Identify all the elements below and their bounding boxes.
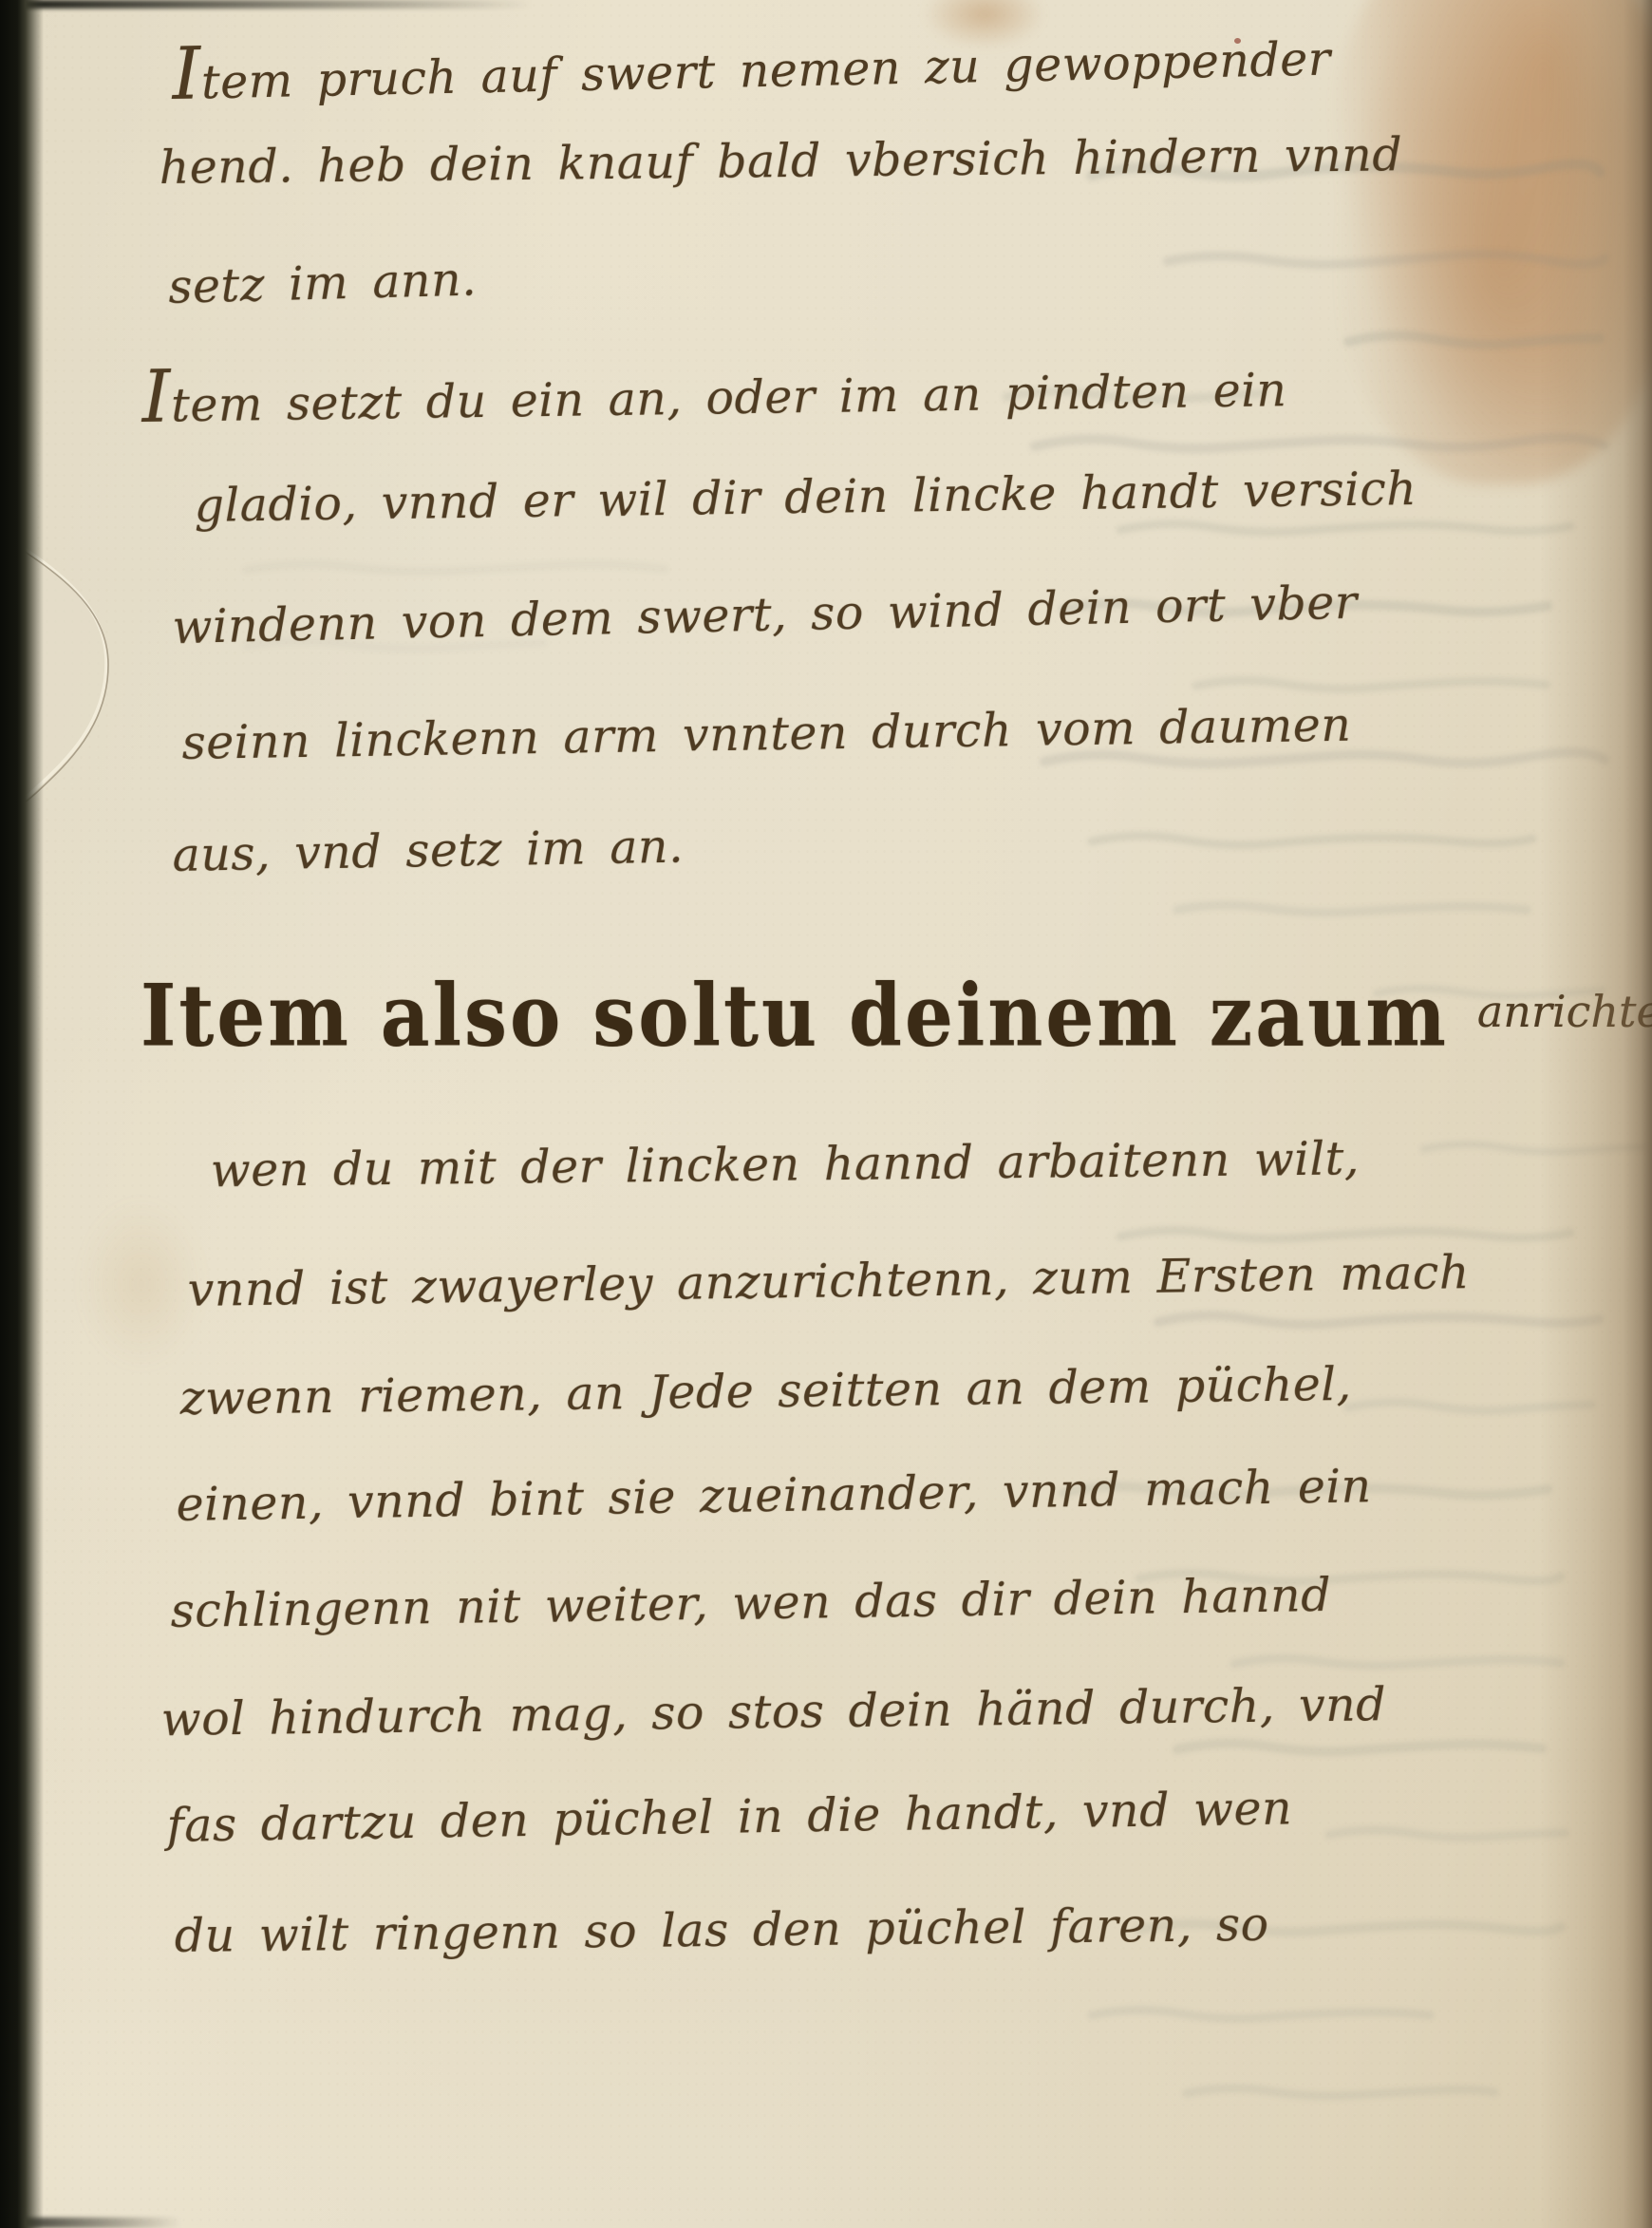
page-edge-shadow-right <box>1540 0 1652 2228</box>
manuscript-line: du wilt ringenn so las den püchel faren,… <box>174 1901 1268 1959</box>
manuscript-line: wen du mit der lincken hannd arbaitenn w… <box>210 1135 1360 1194</box>
manuscript-page <box>25 0 1652 2228</box>
page-edge-shadow-top <box>0 0 532 9</box>
manuscript-line: wol hindurch mag, so stos dein händ durc… <box>160 1681 1386 1743</box>
section-heading-textura: Item also soltu deinem zaum <box>141 965 1449 1065</box>
manuscript-line: zwenn riemen, an Jede seitten an dem püc… <box>179 1361 1351 1422</box>
manuscript-line: setz im ann. <box>168 256 478 311</box>
manuscript-line: hend. heb dein knauf bald vbersich hinde… <box>159 131 1402 191</box>
binding-edge <box>0 0 44 2228</box>
section-heading: Item also soltu deinem zaumanrichtenn <box>141 971 1652 1060</box>
manuscript-scan: Item pruch auf swert nemen zu gewoppende… <box>0 0 1652 2228</box>
manuscript-line: aus, vnd setz im an. <box>172 823 684 878</box>
